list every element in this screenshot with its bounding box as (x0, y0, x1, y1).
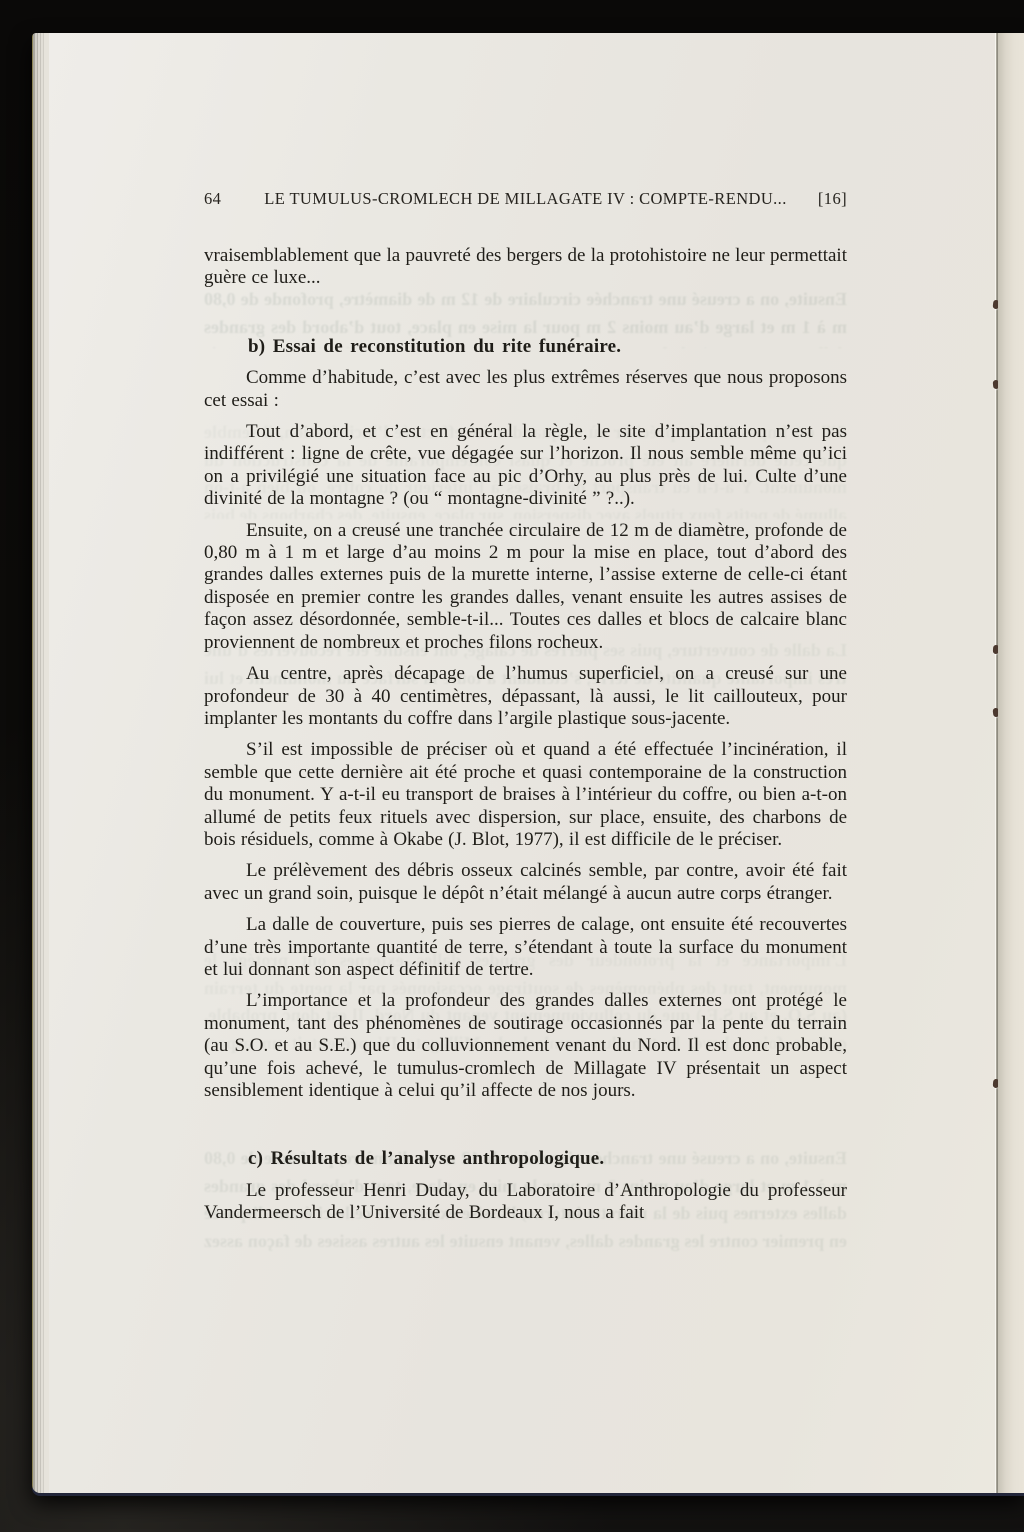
paragraph: Comme d’habitude, c’est avec les plus ex… (204, 367, 847, 412)
text-block: vraisemblablement que la pauvreté des be… (204, 245, 847, 1225)
scan-photo-background: Ensuite, on a creusé une tranchée circul… (0, 0, 1024, 1532)
page-surface: Ensuite, on a creusé une tranchée circul… (49, 33, 995, 1493)
page-edge-stack (32, 33, 49, 1493)
running-title: LE TUMULUS-CROMLECH DE MILLAGATE IV : CO… (258, 189, 793, 209)
facing-page-sliver (998, 33, 1024, 1493)
section-heading-c: c) Résultats de l’analyse anthropologiqu… (204, 1148, 847, 1170)
running-header: 64 LE TUMULUS-CROMLECH DE MILLAGATE IV :… (204, 189, 847, 209)
paragraph: Ensuite, on a creusé une tranchée circul… (204, 520, 847, 654)
paragraph: La dalle de couverture, puis ses pierres… (204, 914, 847, 981)
paragraph: Au centre, après décapage de l’humus sup… (204, 663, 847, 730)
book-page: Ensuite, on a creusé une tranchée circul… (32, 33, 1024, 1493)
paragraph: Tout d’abord, et c’est en général la règ… (204, 421, 847, 511)
section-heading-b: b) Essai de reconstitution du rite funér… (204, 336, 847, 358)
page-number: 64 (204, 189, 258, 209)
paragraph-continuation: vraisemblablement que la pauvreté des be… (204, 245, 847, 290)
paragraph: L’importance et la profondeur des grande… (204, 990, 847, 1102)
folio-marker: [16] (793, 189, 847, 209)
paragraph: Le professeur Henri Duday, du Laboratoir… (204, 1180, 847, 1225)
paragraph: S’il est impossible de préciser où et qu… (204, 739, 847, 851)
paragraph: Le prélèvement des débris osseux calciné… (204, 860, 847, 905)
